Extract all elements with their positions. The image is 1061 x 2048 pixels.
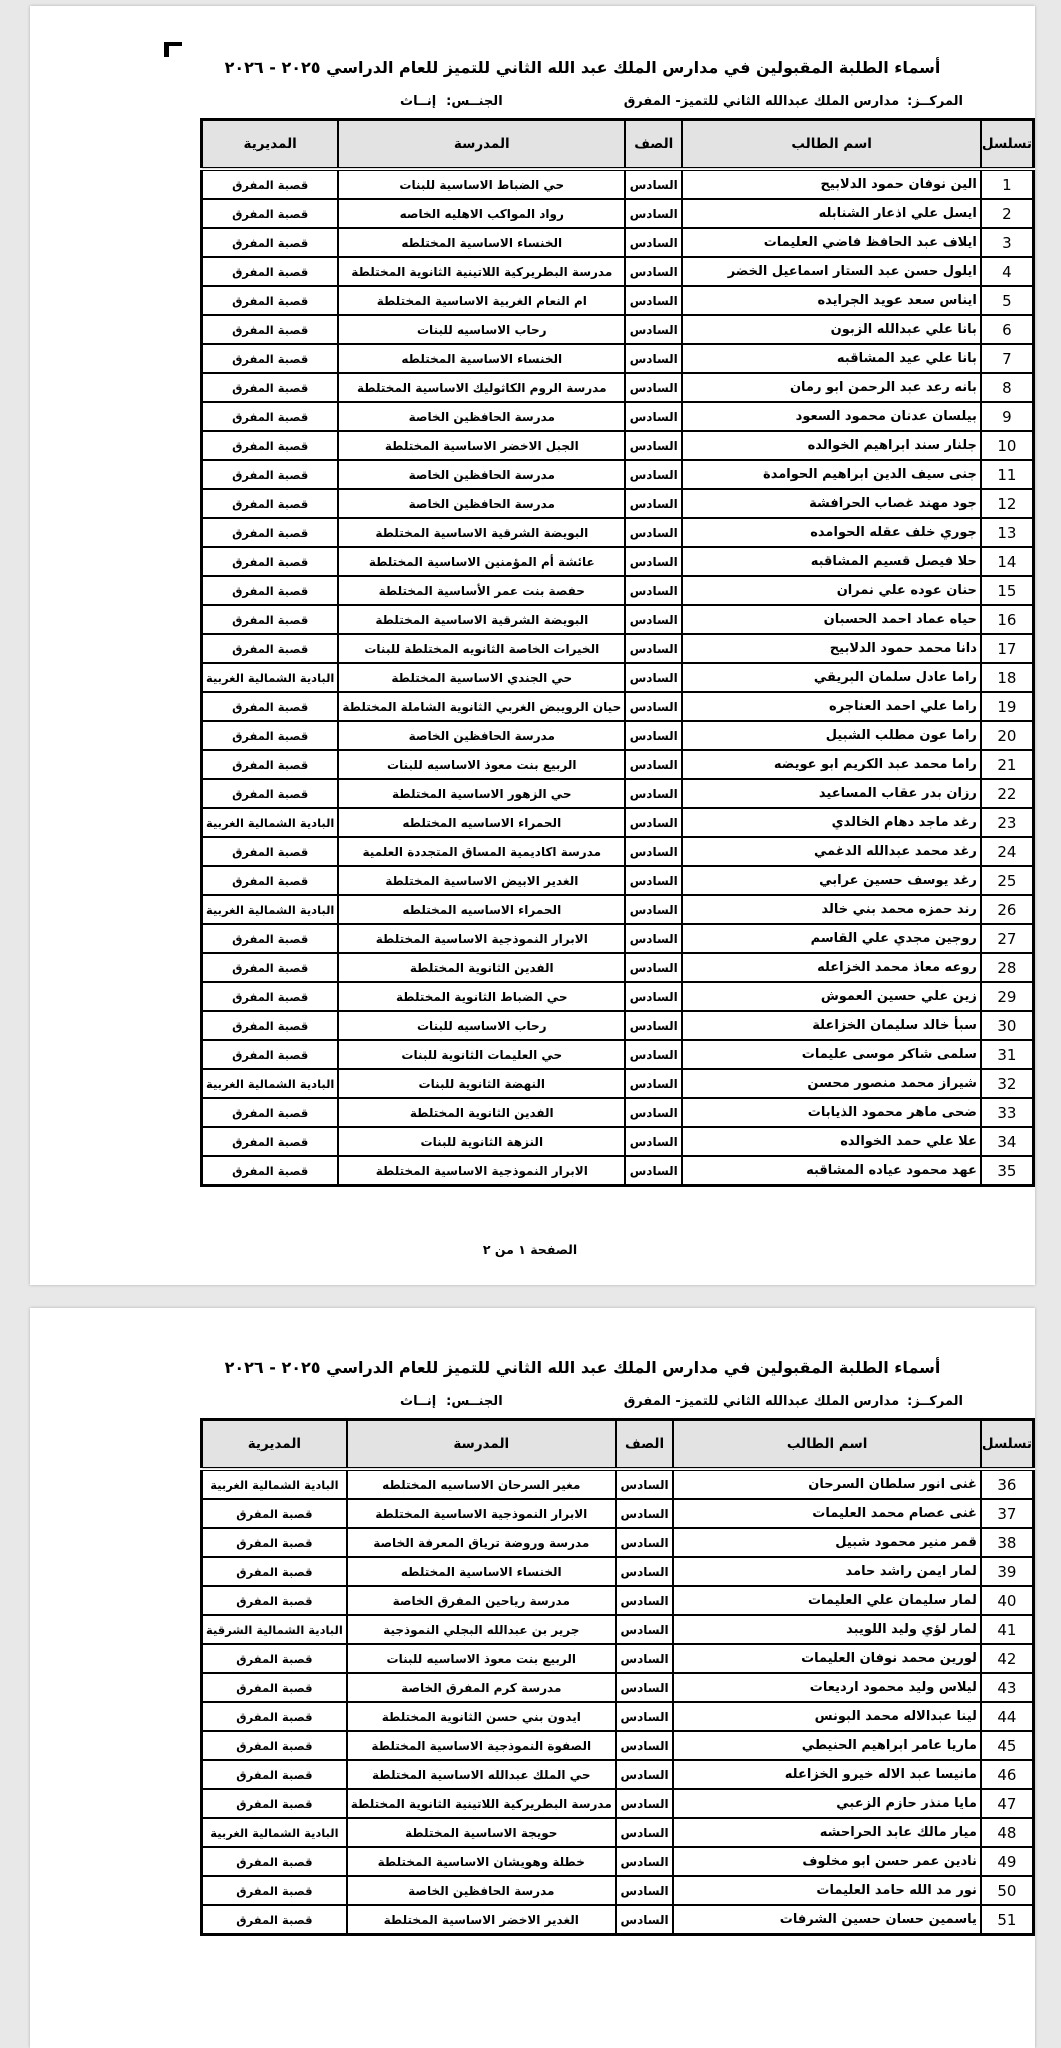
student-name-cell: جنى سيف الدين ابراهيم الحوامدة	[682, 460, 981, 489]
directorate-cell: قصبة المفرق	[202, 634, 339, 663]
student-name-cell: مايا منذر حازم الزعبي	[673, 1789, 981, 1818]
grade-cell: السادس	[625, 344, 682, 373]
table-row: 23 رغد ماجد دهام الخالدي السادس الحمراء …	[202, 808, 1034, 837]
grade-cell: السادس	[625, 169, 682, 199]
student-name-cell: ميار مالك عابد الحراحشه	[673, 1818, 981, 1847]
directorate-cell: قصبة المفرق	[202, 344, 339, 373]
directorate-cell: قصبة المفرق	[202, 953, 339, 982]
directorate-cell: قصبة المفرق	[202, 866, 339, 895]
table-row: 34 علا علي حمد الخوالده السادس النزهة ال…	[202, 1127, 1034, 1156]
serial-cell: 8	[981, 373, 1034, 402]
school-cell: حي الضباط الثانوية المختلطة	[338, 982, 625, 1011]
directorate-cell: قصبة المفرق	[202, 1702, 347, 1731]
serial-cell: 11	[981, 460, 1034, 489]
table-row: 31 سلمى شاكر موسى عليمات السادس حي العلي…	[202, 1040, 1034, 1069]
header-school: المدرسة	[338, 120, 625, 170]
school-cell: الخيرات الخاصة الثانويه المختلطة للبنات	[338, 634, 625, 663]
directorate-cell: قصبة المفرق	[202, 692, 339, 721]
student-name-cell: دانا محمد حمود الدلابيح	[682, 634, 981, 663]
school-cell: الصفوة النموذجية الاساسية المختلطة	[347, 1731, 616, 1760]
grade-cell: السادس	[616, 1760, 674, 1789]
directorate-cell: البادية الشمالية الغربية	[202, 895, 339, 924]
school-cell: حي الجندي الاساسية المختلطة	[338, 663, 625, 692]
table-row: 45 ماريا عامر ابراهيم الحنيطي السادس الص…	[202, 1731, 1034, 1760]
grade-cell: السادس	[616, 1876, 674, 1905]
grade-cell: السادس	[616, 1673, 674, 1702]
directorate-cell: قصبة المفرق	[202, 837, 339, 866]
directorate-cell: قصبة المفرق	[202, 605, 339, 634]
student-name-cell: مانيسا عبد الاله خيرو الخزاعله	[673, 1760, 981, 1789]
grade-cell: السادس	[616, 1731, 674, 1760]
serial-cell: 21	[981, 750, 1034, 779]
student-name-cell: بيلسان عدنان محمود السعود	[682, 402, 981, 431]
school-cell: الربيع بنت معوذ الاساسيه للبنات	[338, 750, 625, 779]
page-1: أسماء الطلبة المقبولين في مدارس الملك عب…	[30, 6, 1035, 1285]
serial-cell: 27	[981, 924, 1034, 953]
school-cell: مدرسة اكاديمية المساق المتجددة العلمية	[338, 837, 625, 866]
school-cell: مدرسة الحافظين الخاصة	[338, 402, 625, 431]
header-grade: الصف	[625, 120, 682, 170]
school-cell: حفصة بنت عمر الأساسية المختلطة	[338, 576, 625, 605]
table-row: 2 ايسل علي اذعار الشنابله السادس رواد ال…	[202, 199, 1034, 228]
gender-field: الجنــس:إنــاث	[400, 94, 503, 109]
table-row: 39 لمار ايمن راشد حامد السادس الخنساء ال…	[202, 1557, 1034, 1586]
student-name-cell: علا علي حمد الخوالده	[682, 1127, 981, 1156]
directorate-cell: قصبة المفرق	[202, 1557, 347, 1586]
table-row: 40 لمار سليمان علي العليمات السادس مدرسة…	[202, 1586, 1034, 1615]
grade-cell: السادس	[616, 1644, 674, 1673]
grade-cell: السادس	[616, 1905, 674, 1935]
student-name-cell: روجين مجدي علي القاسم	[682, 924, 981, 953]
school-cell: البويضة الشرقية الاساسية المختلطة	[338, 518, 625, 547]
directorate-cell: قصبة المفرق	[202, 547, 339, 576]
center-field: المركــز:مدارس الملك عبدالله الثاني للتم…	[624, 1394, 963, 1409]
student-name-cell: جود مهند غصاب الحرافشة	[682, 489, 981, 518]
school-cell: الحمراء الاساسيه المختلطه	[338, 895, 625, 924]
grade-cell: السادس	[616, 1499, 674, 1528]
directorate-cell: قصبة المفرق	[202, 721, 339, 750]
student-name-cell: راما عون مطلب الشبيل	[682, 721, 981, 750]
grade-cell: السادس	[625, 315, 682, 344]
serial-cell: 28	[981, 953, 1034, 982]
table-row: 29 زين علي حسين العموش السادس حي الضباط …	[202, 982, 1034, 1011]
directorate-cell: قصبة المفرق	[202, 518, 339, 547]
serial-cell: 22	[981, 779, 1034, 808]
table-row: 19 راما علي احمد العناجره السادس حيان ال…	[202, 692, 1034, 721]
serial-cell: 20	[981, 721, 1034, 750]
scan-artifact-mark	[164, 42, 182, 57]
table-row: 47 مايا منذر حازم الزعبي السادس مدرسة ال…	[202, 1789, 1034, 1818]
grade-cell: السادس	[625, 1156, 682, 1186]
serial-cell: 16	[981, 605, 1034, 634]
serial-cell: 33	[981, 1098, 1034, 1127]
grade-cell: السادس	[625, 634, 682, 663]
directorate-cell: قصبة المفرق	[202, 489, 339, 518]
grade-cell: السادس	[625, 692, 682, 721]
center-field: المركــز:مدارس الملك عبدالله الثاني للتم…	[624, 94, 963, 109]
directorate-cell: قصبة المفرق	[202, 924, 339, 953]
serial-cell: 5	[981, 286, 1034, 315]
serial-cell: 44	[981, 1702, 1034, 1731]
directorate-cell: قصبة المفرق	[202, 1040, 339, 1069]
serial-cell: 24	[981, 837, 1034, 866]
table-row: 18 راما عادل سلمان البريقي السادس حي الج…	[202, 663, 1034, 692]
table-row: 11 جنى سيف الدين ابراهيم الحوامدة السادس…	[202, 460, 1034, 489]
school-cell: رواد المواكب الاهليه الخاصه	[338, 199, 625, 228]
table-row: 4 ايلول حسن عبد الستار اسماعيل الخضر الس…	[202, 257, 1034, 286]
serial-cell: 14	[981, 547, 1034, 576]
grade-cell: السادس	[625, 199, 682, 228]
grade-cell: السادس	[625, 750, 682, 779]
table-row: 42 لورين محمد نوفان العليمات السادس الرب…	[202, 1644, 1034, 1673]
student-name-cell: ليلاس وليد محمود ارديعات	[673, 1673, 981, 1702]
serial-cell: 40	[981, 1586, 1034, 1615]
student-name-cell: رند حمزه محمد بني خالد	[682, 895, 981, 924]
school-cell: مدرسة الروم الكاثوليك الاساسية المختلطة	[338, 373, 625, 402]
directorate-cell: البادية الشمالية الغربية	[202, 1469, 347, 1499]
student-name-cell: بانه رعد عبد الرحمن ابو رمان	[682, 373, 981, 402]
student-name-cell: بانا علي عبدالله الزبون	[682, 315, 981, 344]
table-row: 14 حلا فيصل قسيم المشاقبه السادس عائشة أ…	[202, 547, 1034, 576]
directorate-cell: قصبة المفرق	[202, 1011, 339, 1040]
school-cell: البويضة الشرقية الاساسية المختلطة	[338, 605, 625, 634]
school-cell: الغدير الاخضر الاساسية المختلطة	[347, 1905, 616, 1935]
gender-value: إنــاث	[400, 1394, 436, 1409]
grade-cell: السادس	[616, 1702, 674, 1731]
grade-cell: السادس	[625, 402, 682, 431]
serial-cell: 32	[981, 1069, 1034, 1098]
table-row: 36 غنى انور سلطان السرحان السادس مغير ال…	[202, 1469, 1034, 1499]
table-row: 3 ايلاف عبد الحافظ فاضي العليمات السادس …	[202, 228, 1034, 257]
student-name-cell: ايسل علي اذعار الشنابله	[682, 199, 981, 228]
serial-cell: 37	[981, 1499, 1034, 1528]
student-name-cell: سلمى شاكر موسى عليمات	[682, 1040, 981, 1069]
table-row: 10 جلنار سند ابراهيم الخوالده السادس الج…	[202, 431, 1034, 460]
table-row: 38 قمر منير محمود شبيل السادس مدرسة وروض…	[202, 1528, 1034, 1557]
page-title: أسماء الطلبة المقبولين في مدارس الملك عب…	[200, 58, 965, 77]
grade-cell: السادس	[625, 373, 682, 402]
gender-label: الجنــس:	[446, 94, 502, 109]
center-label: المركــز:	[907, 94, 963, 109]
grade-cell: السادس	[625, 1098, 682, 1127]
serial-cell: 2	[981, 199, 1034, 228]
grade-cell: السادس	[625, 460, 682, 489]
serial-cell: 1	[981, 169, 1034, 199]
student-name-cell: غنى انور سلطان السرحان	[673, 1469, 981, 1499]
table-row: 20 راما عون مطلب الشبيل السادس مدرسة الح…	[202, 721, 1034, 750]
serial-cell: 48	[981, 1818, 1034, 1847]
serial-cell: 7	[981, 344, 1034, 373]
header-serial: تسلسل	[981, 1420, 1034, 1470]
serial-cell: 23	[981, 808, 1034, 837]
table-row: 35 عهد محمود عياده المشاقبه السادس الابر…	[202, 1156, 1034, 1186]
grade-cell: السادس	[625, 431, 682, 460]
school-cell: رحاب الاساسيه للبنات	[338, 1011, 625, 1040]
directorate-cell: قصبة المفرق	[202, 286, 339, 315]
directorate-cell: قصبة المفرق	[202, 257, 339, 286]
directorate-cell: قصبة المفرق	[202, 1644, 347, 1673]
student-name-cell: قمر منير محمود شبيل	[673, 1528, 981, 1557]
subtitle-row: المركــز:مدارس الملك عبدالله الثاني للتم…	[200, 94, 965, 114]
school-cell: مدرسة الحافظين الخاصة	[338, 460, 625, 489]
student-name-cell: رزان بدر عقاب المساعيد	[682, 779, 981, 808]
school-cell: النزهة الثانوية للبنات	[338, 1127, 625, 1156]
serial-cell: 42	[981, 1644, 1034, 1673]
grade-cell: السادس	[616, 1818, 674, 1847]
table-row: 44 لينا عبدالاله محمد البونس السادس ايدو…	[202, 1702, 1034, 1731]
serial-cell: 26	[981, 895, 1034, 924]
school-cell: الابرار النموذجية الاساسية المختلطة	[347, 1499, 616, 1528]
directorate-cell: قصبة المفرق	[202, 1731, 347, 1760]
serial-cell: 34	[981, 1127, 1034, 1156]
serial-cell: 36	[981, 1469, 1034, 1499]
grade-cell: السادس	[625, 837, 682, 866]
directorate-cell: قصبة المفرق	[202, 460, 339, 489]
student-name-cell: رغد يوسف حسين عرابي	[682, 866, 981, 895]
table-row: 17 دانا محمد حمود الدلابيح السادس الخيرا…	[202, 634, 1034, 663]
directorate-cell: قصبة المفرق	[202, 1847, 347, 1876]
table-row: 1 الين نوفان حمود الدلابيح السادس حي الض…	[202, 169, 1034, 199]
student-name-cell: غنى عصام محمد العليمات	[673, 1499, 981, 1528]
student-name-cell: راما عادل سلمان البريقي	[682, 663, 981, 692]
grade-cell: السادس	[625, 866, 682, 895]
grade-cell: السادس	[625, 1069, 682, 1098]
subtitle-row: المركــز:مدارس الملك عبدالله الثاني للتم…	[200, 1394, 965, 1414]
serial-cell: 31	[981, 1040, 1034, 1069]
grade-cell: السادس	[625, 779, 682, 808]
student-name-cell: سبأ خالد سليمان الخزاعلة	[682, 1011, 981, 1040]
serial-cell: 4	[981, 257, 1034, 286]
directorate-cell: البادية الشمالية الغربية	[202, 663, 339, 692]
table-row: 33 ضحى ماهر محمود الذيابات السادس الفدين…	[202, 1098, 1034, 1127]
serial-cell: 3	[981, 228, 1034, 257]
table-row: 27 روجين مجدي علي القاسم السادس الابرار …	[202, 924, 1034, 953]
serial-cell: 19	[981, 692, 1034, 721]
directorate-cell: البادية الشمالية الشرقية	[202, 1615, 347, 1644]
student-name-cell: جلنار سند ابراهيم الخوالده	[682, 431, 981, 460]
header-student-name: اسم الطالب	[682, 120, 981, 170]
header-grade: الصف	[616, 1420, 674, 1470]
serial-cell: 29	[981, 982, 1034, 1011]
directorate-cell: قصبة المفرق	[202, 373, 339, 402]
table-row: 51 ياسمين حسان حسين الشرفات السادس الغدي…	[202, 1905, 1034, 1935]
grade-cell: السادس	[625, 982, 682, 1011]
serial-cell: 18	[981, 663, 1034, 692]
student-name-cell: الين نوفان حمود الدلابيح	[682, 169, 981, 199]
student-name-cell: عهد محمود عياده المشاقبه	[682, 1156, 981, 1186]
student-name-cell: لينا عبدالاله محمد البونس	[673, 1702, 981, 1731]
student-name-cell: بانا علي عيد المشاقبه	[682, 344, 981, 373]
school-cell: الخنساء الاساسية المختلطه	[338, 228, 625, 257]
serial-cell: 15	[981, 576, 1034, 605]
serial-cell: 38	[981, 1528, 1034, 1557]
student-name-cell: شيراز محمد منصور محسن	[682, 1069, 981, 1098]
directorate-cell: قصبة المفرق	[202, 1760, 347, 1789]
student-name-cell: رغد محمد عبدالله الدغمي	[682, 837, 981, 866]
students-table-page-2: تسلسل اسم الطالب الصف المدرسة المديرية 3…	[200, 1418, 1035, 1936]
student-name-cell: ايلول حسن عبد الستار اسماعيل الخضر	[682, 257, 981, 286]
center-label: المركــز:	[907, 1394, 963, 1409]
student-name-cell: روعه معاذ محمد الخزاعله	[682, 953, 981, 982]
grade-cell: السادس	[625, 518, 682, 547]
serial-cell: 35	[981, 1156, 1034, 1186]
school-cell: خطلة وهويشان الاساسية المختلطة	[347, 1847, 616, 1876]
school-cell: مدرسة الحافظين الخاصة	[338, 721, 625, 750]
student-name-cell: ياسمين حسان حسين الشرفات	[673, 1905, 981, 1935]
header-school: المدرسة	[347, 1420, 616, 1470]
directorate-cell: قصبة المفرق	[202, 1499, 347, 1528]
school-cell: الخنساء الاساسية المختلطه	[338, 344, 625, 373]
table-row: 13 جوري خلف عقله الحوامده السادس البويضة…	[202, 518, 1034, 547]
serial-cell: 30	[981, 1011, 1034, 1040]
page-2: أسماء الطلبة المقبولين في مدارس الملك عب…	[30, 1308, 1035, 2048]
table-row: 8 بانه رعد عبد الرحمن ابو رمان السادس مد…	[202, 373, 1034, 402]
student-name-cell: ضحى ماهر محمود الذيابات	[682, 1098, 981, 1127]
student-name-cell: راما علي احمد العناجره	[682, 692, 981, 721]
student-name-cell: نور مد الله حامد العليمات	[673, 1876, 981, 1905]
header-row: تسلسل اسم الطالب الصف المدرسة المديرية	[202, 1420, 1034, 1470]
school-cell: مدرسة كرم المفرق الخاصة	[347, 1673, 616, 1702]
student-name-cell: ايلاف عبد الحافظ فاضي العليمات	[682, 228, 981, 257]
grade-cell: السادس	[616, 1615, 674, 1644]
table-row: 46 مانيسا عبد الاله خيرو الخزاعله السادس…	[202, 1760, 1034, 1789]
school-cell: مدرسة الحافظين الخاصة	[338, 489, 625, 518]
center-value: مدارس الملك عبدالله الثاني للتميز- المفر…	[624, 1394, 899, 1409]
school-cell: مدرسة البطريركية اللاتينية الثانوية المخ…	[347, 1789, 616, 1818]
directorate-cell: قصبة المفرق	[202, 750, 339, 779]
school-cell: الابرار النموذجية الاساسية المختلطة	[338, 1156, 625, 1186]
directorate-cell: قصبة المفرق	[202, 1876, 347, 1905]
school-cell: الربيع بنت معوذ الاساسيه للبنات	[347, 1644, 616, 1673]
school-cell: الحمراء الاساسيه المختلطه	[338, 808, 625, 837]
directorate-cell: قصبة المفرق	[202, 779, 339, 808]
directorate-cell: قصبة المفرق	[202, 576, 339, 605]
table-row: 15 حنان عوده علي نمران السادس حفصة بنت ع…	[202, 576, 1034, 605]
student-name-cell: زين علي حسين العموش	[682, 982, 981, 1011]
page-number-footer: الصفحة ١ من ٢	[30, 1242, 1030, 1257]
student-name-cell: لورين محمد نوفان العليمات	[673, 1644, 981, 1673]
student-name-cell: رغد ماجد دهام الخالدي	[682, 808, 981, 837]
grade-cell: السادس	[625, 1011, 682, 1040]
serial-cell: 9	[981, 402, 1034, 431]
school-cell: ايدون بني حسن الثانوية المختلطة	[347, 1702, 616, 1731]
grade-cell: السادس	[616, 1469, 674, 1499]
directorate-cell: قصبة المفرق	[202, 402, 339, 431]
serial-cell: 17	[981, 634, 1034, 663]
grade-cell: السادس	[625, 895, 682, 924]
student-name-cell: نادين عمر حسن ابو مخلوف	[673, 1847, 981, 1876]
grade-cell: السادس	[625, 924, 682, 953]
gender-field: الجنــس:إنــاث	[400, 1394, 503, 1409]
directorate-cell: البادية الشمالية الغربية	[202, 1818, 347, 1847]
school-cell: جرير بن عبدالله البجلي النموذجية	[347, 1615, 616, 1644]
header-directorate: المديرية	[202, 120, 339, 170]
document-viewer: { "doc": { "title": "أسماء الطلبة المقبو…	[0, 0, 1061, 2048]
school-cell: حي العليمات الثانوية للبنات	[338, 1040, 625, 1069]
grade-cell: السادس	[616, 1586, 674, 1615]
directorate-cell: قصبة المفرق	[202, 315, 339, 344]
table-row: 37 غنى عصام محمد العليمات السادس الابرار…	[202, 1499, 1034, 1528]
student-name-cell: ماريا عامر ابراهيم الحنيطي	[673, 1731, 981, 1760]
student-name-cell: حنان عوده علي نمران	[682, 576, 981, 605]
school-cell: عائشة أم المؤمنين الاساسية المختلطة	[338, 547, 625, 576]
school-cell: الخنساء الاساسية المختلطه	[347, 1557, 616, 1586]
school-cell: مغير السرحان الاساسيه المختلطه	[347, 1469, 616, 1499]
directorate-cell: قصبة المفرق	[202, 1156, 339, 1186]
school-cell: النهضة الثانوية للبنات	[338, 1069, 625, 1098]
table-row: 16 حياه عماد احمد الحسبان السادس البويضة…	[202, 605, 1034, 634]
table-row: 6 بانا علي عبدالله الزبون السادس رحاب ال…	[202, 315, 1034, 344]
grade-cell: السادس	[625, 547, 682, 576]
school-cell: الفدين الثانوية المختلطة	[338, 953, 625, 982]
directorate-cell: قصبة المفرق	[202, 982, 339, 1011]
table-row: 5 ايناس سعد عويد الجرايده السادس ام النع…	[202, 286, 1034, 315]
grade-cell: السادس	[625, 257, 682, 286]
grade-cell: السادس	[625, 953, 682, 982]
grade-cell: السادس	[625, 1127, 682, 1156]
serial-cell: 10	[981, 431, 1034, 460]
header-row: تسلسل اسم الطالب الصف المدرسة المديرية	[202, 120, 1034, 170]
student-name-cell: لمار سليمان علي العليمات	[673, 1586, 981, 1615]
grade-cell: السادس	[625, 489, 682, 518]
table-row: 30 سبأ خالد سليمان الخزاعلة السادس رحاب …	[202, 1011, 1034, 1040]
serial-cell: 51	[981, 1905, 1034, 1935]
grade-cell: السادس	[625, 228, 682, 257]
center-value: مدارس الملك عبدالله الثاني للتميز- المفر…	[624, 94, 899, 109]
directorate-cell: قصبة المفرق	[202, 1905, 347, 1935]
serial-cell: 41	[981, 1615, 1034, 1644]
directorate-cell: قصبة المفرق	[202, 1098, 339, 1127]
school-cell: حي الملك عبدالله الاساسية المختلطة	[347, 1760, 616, 1789]
serial-cell: 45	[981, 1731, 1034, 1760]
table-row: 22 رزان بدر عقاب المساعيد السادس حي الزه…	[202, 779, 1034, 808]
student-name-cell: ايناس سعد عويد الجرايده	[682, 286, 981, 315]
grade-cell: السادس	[625, 721, 682, 750]
directorate-cell: البادية الشمالية الغربية	[202, 808, 339, 837]
page-title: أسماء الطلبة المقبولين في مدارس الملك عب…	[200, 1358, 965, 1377]
table-row: 48 ميار مالك عابد الحراحشه السادس حويجة …	[202, 1818, 1034, 1847]
grade-cell: السادس	[625, 1040, 682, 1069]
school-cell: حي الزهور الاساسية المختلطة	[338, 779, 625, 808]
serial-cell: 25	[981, 866, 1034, 895]
directorate-cell: قصبة المفرق	[202, 1528, 347, 1557]
directorate-cell: قصبة المفرق	[202, 431, 339, 460]
serial-cell: 12	[981, 489, 1034, 518]
school-cell: ام النعام الغربية الاساسية المختلطة	[338, 286, 625, 315]
gender-value: إنــاث	[400, 94, 436, 109]
table-row: 28 روعه معاذ محمد الخزاعله السادس الفدين…	[202, 953, 1034, 982]
table-row: 41 لمار لؤي وليد اللويبد السادس جرير بن …	[202, 1615, 1034, 1644]
school-cell: الفدين الثانوية المختلطة	[338, 1098, 625, 1127]
student-name-cell: حلا فيصل قسيم المشاقبه	[682, 547, 981, 576]
school-cell: الابرار النموذجية الاساسية المختلطة	[338, 924, 625, 953]
table-row: 26 رند حمزه محمد بني خالد السادس الحمراء…	[202, 895, 1034, 924]
school-cell: مدرسة وروضة ترياق المعرفة الخاصة	[347, 1528, 616, 1557]
student-name-cell: لمار لؤي وليد اللويبد	[673, 1615, 981, 1644]
serial-cell: 46	[981, 1760, 1034, 1789]
header-serial: تسلسل	[981, 120, 1034, 170]
school-cell: مدرسة رياحين المفرق الخاصة	[347, 1586, 616, 1615]
table-row: 7 بانا علي عيد المشاقبه السادس الخنساء ا…	[202, 344, 1034, 373]
school-cell: حويجة الاساسية المختلطة	[347, 1818, 616, 1847]
student-name-cell: راما محمد عبد الكريم ابو عويضه	[682, 750, 981, 779]
serial-cell: 39	[981, 1557, 1034, 1586]
table-row: 12 جود مهند غصاب الحرافشة السادس مدرسة ا…	[202, 489, 1034, 518]
serial-cell: 50	[981, 1876, 1034, 1905]
grade-cell: السادس	[616, 1557, 674, 1586]
directorate-cell: البادية الشمالية الغربية	[202, 1069, 339, 1098]
serial-cell: 13	[981, 518, 1034, 547]
